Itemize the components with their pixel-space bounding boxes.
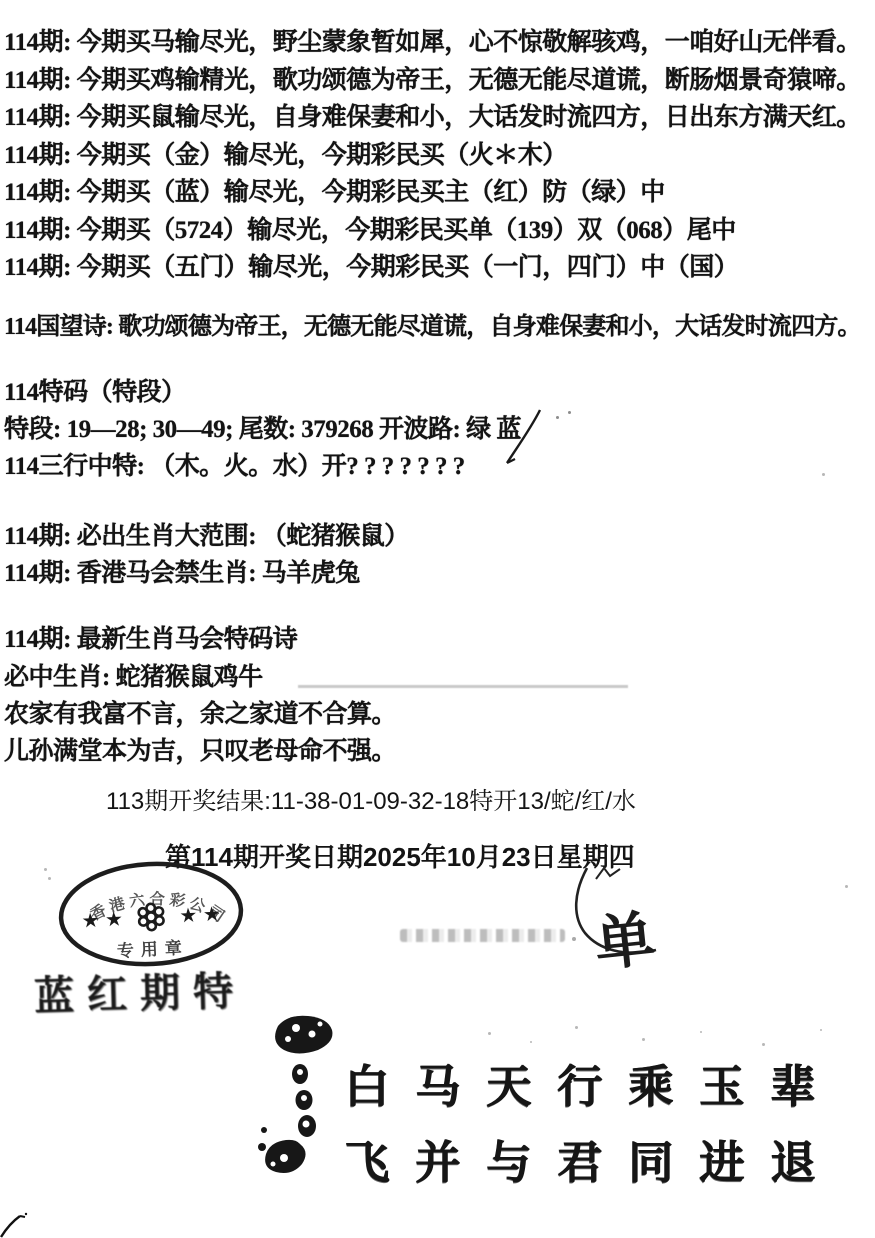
ink-speck (845, 885, 848, 888)
tema-tedan-line: 特段: 19—28; 30—49; 尾数: 379268 开波路: 绿 蓝 (4, 409, 521, 445)
tip-line-6: 114期: 今期买（5724）输尽光，今期彩民买单（139）双（068）尾中 (4, 210, 736, 246)
tip-line-2: 114期: 今期买鸡输精光，歌功颂德为帝王，无德无能尽道谎，断肠烟景奇猿啼。 (4, 60, 861, 96)
ink-speck (700, 1031, 702, 1033)
tema-poem-line1: 农家有我富不言，余之家道不合算。 (4, 694, 396, 730)
ink-speck (48, 877, 51, 880)
seal-caption: 蓝红期特 (33, 959, 246, 1022)
pen-scratch-mark (498, 406, 550, 470)
zodiac-banned-line: 114期: 香港马会禁生肖: 马羊虎兔 (4, 553, 360, 589)
ink-speck (575, 1026, 578, 1029)
tip-line-5: 114期: 今期买（蓝）输尽光，今期彩民买主（红）防（绿）中 (4, 172, 665, 208)
seal-stars-right-icon: ★ ★ (179, 903, 222, 927)
tema-sanhang-line: 114三行中特: （木。火。水）开? ? ? ? ? ? ? (4, 446, 465, 482)
brush-squiggle (596, 868, 620, 879)
tip-line-4: 114期: 今期买（金）输尽光，今期彩民买（火＊木） (4, 135, 567, 171)
guowang-poem-line: 114国望诗: 歌功颂德为帝王，无德无能尽道谎，自身难保妻和小，大话发时流四方。 (4, 306, 861, 341)
tema-poem-bizhong: 必中生肖: 蛇猪猴鼠鸡牛 (4, 657, 263, 693)
slogan-line-2: 飞并与君同进退 (344, 1126, 841, 1191)
seal-stars-left-icon: ★ ★ (81, 908, 124, 932)
tema-section-title: 114特码（特段） (4, 372, 186, 408)
handwritten-character: 单 (592, 906, 659, 978)
illegible-smudge-note (400, 929, 565, 942)
tema-poem-line2: 儿孙满堂本为吉，只叹老母命不强。 (4, 731, 396, 767)
ink-speck (820, 1029, 822, 1031)
ink-speck (642, 1038, 645, 1041)
handwritten-mark: 单 (558, 858, 680, 982)
zodiac-range-line: 114期: 必出生肖大范围: （蛇猪猴鼠） (4, 516, 409, 552)
ink-speck (762, 1043, 765, 1046)
slogan-line-1: 白马天行乘玉辈 (344, 1050, 841, 1115)
previous-draw-result: 113期开奖结果:11-38-01-09-32-18特开13/蛇/红/水 (106, 781, 636, 816)
company-seal-stamp: 香港六合彩公司 ★ ★ ★ ★ 专用章 (50, 856, 252, 974)
ink-speck (556, 416, 559, 419)
ink-speck (488, 1032, 491, 1035)
scan-streak (298, 685, 628, 688)
tip-line-7: 114期: 今期买（五门）输尽光，今期彩民买（一门，四门）中（国） (4, 247, 738, 283)
ink-blot-snake-figure (260, 1012, 352, 1184)
corner-pen-mark (0, 1212, 28, 1238)
tip-line-1: 114期: 今期买马输尽光，野尘蒙象暂如犀，心不惊敬解骇鸡，一咱好山无伴看。 (4, 22, 861, 58)
lottery-tip-sheet-scan: 114期: 今期买马输尽光，野尘蒙象暂如犀，心不惊敬解骇鸡，一咱好山无伴看。 1… (0, 0, 875, 1238)
ink-speck (822, 473, 825, 476)
ink-speck (568, 411, 571, 414)
tema-poem-title: 114期: 最新生肖马会特码诗 (4, 619, 297, 655)
ink-speck (530, 1041, 532, 1043)
ink-speck (44, 868, 47, 871)
tip-line-3: 114期: 今期买鼠输尽光，自身难保妻和小，大话发时流四方，日出东方满天红。 (4, 97, 861, 133)
seal-label: 专用章 (116, 937, 189, 961)
